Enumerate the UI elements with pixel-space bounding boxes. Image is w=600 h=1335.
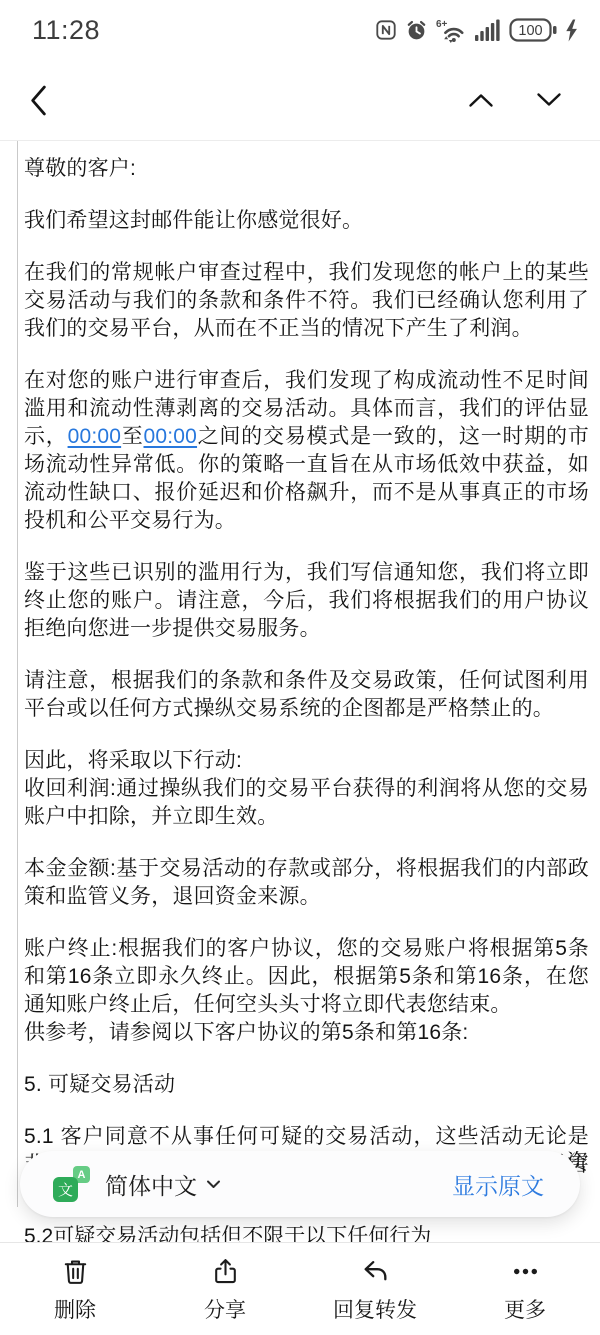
chevron-down-icon [206, 1179, 221, 1189]
nfc-icon [375, 19, 397, 41]
reply-forward-button[interactable]: 回复转发 [300, 1243, 450, 1335]
nav-bar [0, 60, 600, 140]
email-viewer-screen: 11:28 6+ [0, 0, 600, 1335]
email-paragraph: 我们希望这封邮件能让你感觉很好。 [24, 207, 589, 235]
translate-icon: A 文 [53, 1166, 90, 1202]
bottom-toolbar: 删除 分享 回复转发 更多 [0, 1242, 600, 1335]
battery-icon: 100 [509, 18, 557, 42]
back-button[interactable] [28, 83, 49, 118]
signal-icon [475, 19, 501, 42]
email-content-area[interactable]: 尊敬的客户:我们希望这封邮件能让你感觉很好。在我们的常规帐户审查过程中，我们发现… [0, 140, 600, 1242]
time-link[interactable]: 00:00 [143, 425, 197, 448]
next-email-button[interactable] [536, 92, 562, 108]
language-selector[interactable]: 简体中文 [105, 1168, 221, 1201]
translate-bar: A 文 简体中文 显示原文 [20, 1151, 580, 1217]
show-original-button[interactable]: 显示原文 [452, 1168, 544, 1201]
email-body: 尊敬的客户:我们希望这封邮件能让你感觉很好。在我们的常规帐户审查过程中，我们发现… [17, 141, 600, 1207]
nav-right-group [468, 92, 562, 108]
toolbar-label: 删除 [54, 1294, 96, 1324]
wifi6-icon: 6+ [436, 18, 467, 43]
toolbar-label: 分享 [204, 1294, 246, 1324]
translate-icon-hanzi: 文 [53, 1177, 78, 1202]
status-time: 11:28 [32, 15, 100, 46]
clipped-text-line: 5.2可疑交易活动包括但不限于以下任何行为 [24, 1223, 589, 1242]
reply-icon [360, 1256, 391, 1287]
delete-button[interactable]: 删除 [0, 1243, 150, 1335]
prev-email-button[interactable] [468, 92, 494, 108]
email-paragraph: 鉴于这些已识别的滥用行为，我们写信通知您，我们将立即终止您的账户。请注意，今后，… [24, 559, 589, 643]
toolbar-label: 回复转发 [333, 1294, 417, 1324]
email-paragraph: 5. 可疑交易活动 [24, 1071, 589, 1099]
toolbar-label: 更多 [504, 1294, 546, 1324]
email-paragraph: 本金金额:基于交易活动的存款或部分，将根据我们的内部政策和监管义务，退回资金来源… [24, 855, 589, 911]
status-icons: 6+ 100 [375, 18, 578, 43]
share-icon [210, 1256, 241, 1287]
chevron-left-icon [28, 83, 49, 118]
email-paragraph: 尊敬的客户: [24, 155, 589, 183]
status-bar: 11:28 6+ [0, 0, 600, 60]
more-button[interactable]: 更多 [450, 1243, 600, 1335]
svg-text:100: 100 [518, 23, 542, 39]
time-link[interactable]: 00:00 [68, 425, 122, 448]
email-paragraph: 请注意，根据我们的条款和条件及交易政策，任何试图利用平台或以任何方式操纵交易系统… [24, 667, 589, 723]
email-paragraph: 因此，将采取以下行动:收回利润:通过操纵我们的交易平台获得的利润将从您的交易账户… [24, 747, 589, 831]
chevron-up-icon [468, 92, 494, 108]
email-paragraph: 在对您的账户进行审查后，我们发现了构成流动性不足时间滥用和流动性薄剥离的交易活动… [24, 367, 589, 535]
email-paragraph: 账户终止:根据我们的客户协议，您的交易账户将根据第5条和第16条立即永久终止。因… [24, 935, 589, 1047]
chevron-down-icon [536, 92, 562, 108]
more-icon [510, 1256, 541, 1287]
trash-icon [60, 1256, 91, 1287]
email-paragraph: 在我们的常规帐户审查过程中，我们发现您的帐户上的某些交易活动与我们的条款和条件不… [24, 259, 589, 343]
share-button[interactable]: 分享 [150, 1243, 300, 1335]
charging-icon [565, 19, 578, 42]
svg-text:6+: 6+ [436, 19, 448, 30]
alarm-icon [405, 19, 428, 42]
language-label: 简体中文 [105, 1168, 197, 1201]
